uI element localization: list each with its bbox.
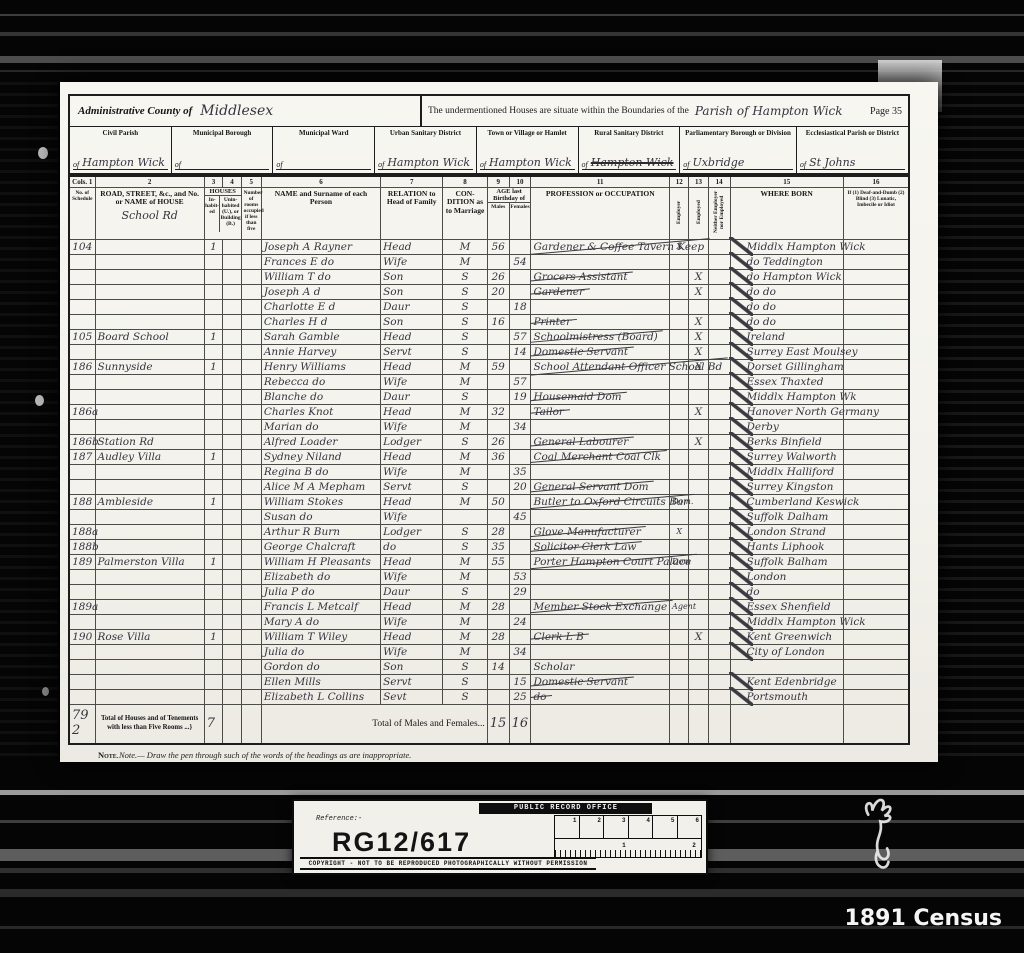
cell-inhabited — [204, 419, 222, 434]
film-streak — [0, 32, 1024, 36]
scale-box: 2 — [580, 816, 605, 838]
header-condition: CON-DITION as to Marriage — [443, 187, 488, 239]
occupation-text: Clerk L B — [533, 630, 583, 644]
district-label: Municipal Ward — [276, 129, 371, 137]
column-number: 3 — [204, 176, 222, 187]
cell-uninhabited — [223, 554, 241, 569]
pro-reference-stamp: PUBLIC RECORD OFFICE Reference:- RG12/61… — [292, 799, 708, 875]
cell-occupation — [531, 569, 670, 584]
cell-occupation: Gardener — [531, 284, 670, 299]
cell-age-female: 35 — [509, 464, 531, 479]
header-houses: HOUSES — [205, 188, 241, 196]
film-caption: 1891 Census — [845, 906, 1002, 931]
cell-condition: M — [443, 254, 488, 269]
header-employer: Employer — [670, 187, 689, 239]
district-of-label: of — [480, 160, 486, 169]
cell-infirmity — [843, 374, 909, 389]
cell-employed — [689, 479, 708, 494]
cell-relation: Wife — [381, 509, 443, 524]
cell-age-male — [487, 674, 509, 689]
cell-infirmity — [843, 539, 909, 554]
occupation-text: General Servant Dom — [533, 480, 648, 494]
cell-rooms — [241, 404, 261, 419]
cell-occupation — [531, 254, 670, 269]
occupation-text: General Labourer — [533, 435, 628, 449]
cell-schedule: 105 — [69, 329, 95, 344]
table-row: 188Ambleside1William StokesHeadM50Butler… — [69, 494, 909, 509]
cell-relation: Head — [381, 494, 443, 509]
cell-employed: X — [689, 314, 708, 329]
cell-condition: M — [443, 599, 488, 614]
column-number: 11 — [531, 176, 670, 187]
cell-condition: M — [443, 644, 488, 659]
occupation-text: Solicitor Clerk Law — [533, 540, 636, 554]
cell-relation: Head — [381, 329, 443, 344]
cell-uninhabited — [223, 434, 241, 449]
cell-employed: X — [689, 434, 708, 449]
district-of-label: of — [175, 160, 181, 169]
cell-age-male — [487, 614, 509, 629]
cell-rooms — [241, 374, 261, 389]
males-females-total-label: Total of Males and Females... — [261, 704, 487, 744]
cell-inhabited — [204, 599, 222, 614]
cell-inhabited — [204, 434, 222, 449]
cell-address: Board School — [95, 329, 204, 344]
cell-relation: Daur — [381, 299, 443, 314]
cell-rooms — [241, 344, 261, 359]
cell-schedule — [69, 509, 95, 524]
table-row: Susan doWife45Suffolk Dalham — [69, 509, 909, 524]
cell-relation: Son — [381, 659, 443, 674]
cell-employer — [670, 329, 689, 344]
column-numbers-row: Cols. 12345678910111213141516 — [69, 176, 909, 187]
boundary-statement-box: The undermentioned Houses are situate wi… — [422, 104, 908, 118]
cell-condition: S — [443, 479, 488, 494]
cell-occupation — [531, 614, 670, 629]
cell-inhabited — [204, 539, 222, 554]
cell-rooms — [241, 269, 261, 284]
empty-cell — [241, 704, 261, 744]
cell-name: Gordon do — [261, 659, 380, 674]
table-row: 105Board School1Sarah GambleHeadS57Schoo… — [69, 329, 909, 344]
cell-employer — [670, 269, 689, 284]
cell-rooms — [241, 539, 261, 554]
table-row: 188bGeorge ChalcraftdoS35Solicitor Clerk… — [69, 539, 909, 554]
cell-employer: X — [670, 524, 689, 539]
film-noise-right — [938, 82, 1024, 762]
cell-neither — [708, 494, 730, 509]
cell-name: William T Wiley — [261, 629, 380, 644]
cell-rooms — [241, 239, 261, 254]
cell-neither — [708, 434, 730, 449]
cell-address — [95, 419, 204, 434]
cell-neither — [708, 329, 730, 344]
page-number: Page 35 — [870, 106, 902, 117]
cell-age-female — [509, 449, 531, 464]
cell-schedule — [69, 689, 95, 704]
column-headers-row: No. of Schedule ROAD, STREET, &c., and N… — [69, 187, 909, 239]
cell-uninhabited — [223, 299, 241, 314]
district-header-row: Civil ParishofHampton WickMunicipal Boro… — [68, 127, 910, 175]
cell-inhabited — [204, 689, 222, 704]
cell-age-female: 57 — [509, 329, 531, 344]
empty-cell — [708, 704, 730, 744]
reference-label: Reference:- — [316, 815, 362, 823]
cell-age-male: 26 — [487, 434, 509, 449]
film-streak — [0, 56, 1024, 63]
film-noise-left — [0, 82, 58, 762]
cell-condition: S — [443, 314, 488, 329]
column-number: 15 — [730, 176, 843, 187]
district-value-line: ofHampton Wick — [582, 154, 677, 170]
cell-rooms — [241, 284, 261, 299]
table-row: Regina B doWifeM35Middlx Halliford — [69, 464, 909, 479]
cell-schedule-totals: 79 2 — [69, 704, 95, 744]
cell-occupation: do — [531, 689, 670, 704]
cell-inhabited — [204, 344, 222, 359]
cell-inhabited — [204, 404, 222, 419]
cell-relation: Servt — [381, 479, 443, 494]
cell-neither — [708, 509, 730, 524]
cell-uninhabited — [223, 494, 241, 509]
table-row: Annie HarveyServtS14Domestic ServantXSur… — [69, 344, 909, 359]
cell-rooms — [241, 569, 261, 584]
header-occupation: PROFESSION or OCCUPATION — [531, 187, 670, 239]
cell-address — [95, 464, 204, 479]
cell-schedule: 188b — [69, 539, 95, 554]
cell-employed — [689, 584, 708, 599]
cell-neither — [708, 299, 730, 314]
cell-schedule — [69, 254, 95, 269]
column-number: 6 — [261, 176, 380, 187]
cell-relation: Sevt — [381, 689, 443, 704]
occupation-text: Butler to Oxford Circuits Bar — [533, 495, 688, 509]
where-born-text: City of London — [733, 645, 825, 659]
table-row: Joseph A dSonS20GardenerXdo do — [69, 284, 909, 299]
cell-employer — [670, 284, 689, 299]
cell-rooms — [241, 389, 261, 404]
cell-name: Alice M A Mepham — [261, 479, 380, 494]
ruler-number: 2 — [692, 842, 696, 849]
form-note: Note.Note.— Draw the pen through such of… — [98, 750, 910, 760]
cell-name: Henry Williams — [261, 359, 380, 374]
cell-age-female: 24 — [509, 614, 531, 629]
cell-uninhabited — [223, 689, 241, 704]
cell-occupation: Coal Merchant Coal Clk — [531, 449, 670, 464]
cell-infirmity — [843, 464, 909, 479]
cell-address: Rose Villa — [95, 629, 204, 644]
cell-condition: S — [443, 344, 488, 359]
cell-employed: X — [689, 629, 708, 644]
cell-infirmity — [843, 599, 909, 614]
cell-infirmity — [843, 479, 909, 494]
cell-name: Charlotte E d — [261, 299, 380, 314]
cell-uninhabited — [223, 449, 241, 464]
cell-address — [95, 674, 204, 689]
cell-name: Sydney Niland — [261, 449, 380, 464]
cell-neither — [708, 419, 730, 434]
cell-neither — [708, 569, 730, 584]
cell-condition: M — [443, 494, 488, 509]
females-total: 16 — [509, 704, 531, 744]
cell-age-female — [509, 404, 531, 419]
cell-name: Elizabeth L Collins — [261, 689, 380, 704]
cell-address — [95, 539, 204, 554]
cell-where-born: Portsmouth — [730, 689, 843, 704]
cell-employer — [670, 674, 689, 689]
cell-name: Annie Harvey — [261, 344, 380, 359]
cell-condition: M — [443, 449, 488, 464]
header-employer-label: Employer — [676, 190, 682, 234]
cell-uninhabited — [223, 269, 241, 284]
cell-occupation: Clerk L B — [531, 629, 670, 644]
cell-infirmity — [843, 434, 909, 449]
cell-rooms — [241, 644, 261, 659]
cell-condition: M — [443, 569, 488, 584]
cell-rooms — [241, 479, 261, 494]
cell-neither — [708, 314, 730, 329]
cell-address — [95, 659, 204, 674]
table-row: Mary A doWifeM24Middlx Hampton Wick — [69, 614, 909, 629]
cell-uninhabited — [223, 374, 241, 389]
district-value: Hampton Wick — [82, 156, 165, 169]
cell-age-male — [487, 389, 509, 404]
cell-age-female — [509, 524, 531, 539]
cell-rooms — [241, 659, 261, 674]
cell-relation: Wife — [381, 644, 443, 659]
cell-age-female — [509, 599, 531, 614]
header-houses-group: HOUSES In-habit-ed Unin-habited (U.), or… — [204, 187, 241, 239]
cell-name: Arthur R Burn — [261, 524, 380, 539]
header-employed-label: Employed — [696, 190, 702, 234]
cell-infirmity — [843, 299, 909, 314]
scale-ruler: 12 — [554, 839, 702, 858]
census-table-body: 1041Joseph A RaynerHeadM56Gardener & Cof… — [69, 239, 909, 704]
cell-address — [95, 344, 204, 359]
column-number: 16 — [843, 176, 909, 187]
cell-employed — [689, 644, 708, 659]
cell-uninhabited — [223, 509, 241, 524]
cell-infirmity — [843, 449, 909, 464]
cell-age-male — [487, 329, 509, 344]
district-label: Town or Village or Hamlet — [480, 129, 575, 137]
table-row: Elizabeth doWifeM53London — [69, 569, 909, 584]
district-label: Rural Sanitary District — [582, 129, 677, 137]
cell-employed: X — [689, 344, 708, 359]
occupation-text: Scholar — [533, 660, 574, 674]
district-label: Municipal Borough — [175, 129, 270, 137]
cell-rooms — [241, 299, 261, 314]
cell-address — [95, 254, 204, 269]
district-value-line: of — [175, 154, 270, 170]
cell-employer — [670, 584, 689, 599]
column-number: 13 — [689, 176, 708, 187]
district-value: Hampton Wick — [591, 156, 674, 169]
cell-relation: Daur — [381, 584, 443, 599]
cell-name: Blanche do — [261, 389, 380, 404]
cell-schedule: 186a — [69, 404, 95, 419]
cell-employer — [670, 374, 689, 389]
cell-occupation: School Attendant Officer School Bd — [531, 359, 670, 374]
cell-condition: S — [443, 329, 488, 344]
district-cell: Town or Village or HamletofHampton Wick — [477, 127, 579, 173]
cell-inhabited — [204, 614, 222, 629]
cell-occupation: Glove Manufacturer — [531, 524, 670, 539]
cell-relation: Wife — [381, 464, 443, 479]
cell-rooms — [241, 449, 261, 464]
cell-employed — [689, 374, 708, 389]
column-number: 2 — [95, 176, 204, 187]
cell-employer — [670, 389, 689, 404]
cell-name: Elizabeth do — [261, 569, 380, 584]
cell-employed — [689, 389, 708, 404]
form-note-text: Note.— Draw the pen through such of the … — [119, 750, 411, 760]
header-road-label: ROAD, STREET, &c., and No. or NAME of HO… — [100, 189, 199, 207]
cell-relation: Head — [381, 599, 443, 614]
district-of-label: of — [276, 160, 282, 169]
table-row: 188aArthur R BurnLodgerS28Glove Manufact… — [69, 524, 909, 539]
cell-occupation: Butler to Oxford Circuits Bar — [531, 494, 670, 509]
cell-schedule: 186b — [69, 434, 95, 449]
cell-uninhabited — [223, 389, 241, 404]
cell-address — [95, 269, 204, 284]
cell-uninhabited — [223, 659, 241, 674]
cell-occupation: Gardener & Coffee Tavern Keep — [531, 239, 670, 254]
cell-address — [95, 404, 204, 419]
cell-age-male — [487, 689, 509, 704]
cell-relation: Lodger — [381, 434, 443, 449]
cell-age-female — [509, 239, 531, 254]
cell-age-female — [509, 284, 531, 299]
district-value-line: ofSt Johns — [800, 154, 905, 170]
column-number: 14 — [708, 176, 730, 187]
occupation-text: Domestic Servant — [533, 345, 628, 359]
cell-age-female — [509, 269, 531, 284]
cell-address — [95, 239, 204, 254]
cell-employed — [689, 554, 708, 569]
cell-rooms — [241, 494, 261, 509]
cell-condition: M — [443, 419, 488, 434]
district-value: Hampton Wick — [387, 156, 470, 169]
cell-schedule — [69, 284, 95, 299]
cell-age-male: 20 — [487, 284, 509, 299]
cell-employed: X — [689, 269, 708, 284]
cell-age-male: 28 — [487, 599, 509, 614]
cell-inhabited — [204, 479, 222, 494]
district-value-line: ofUxbridge — [683, 154, 793, 170]
cell-relation: Wife — [381, 254, 443, 269]
cell-relation: Son — [381, 284, 443, 299]
cell-relation: Head — [381, 239, 443, 254]
cell-age-female: 20 — [509, 479, 531, 494]
cell-condition: S — [443, 524, 488, 539]
cell-employed — [689, 539, 708, 554]
cell-occupation — [531, 644, 670, 659]
cell-condition: M — [443, 554, 488, 569]
cell-age-female — [509, 554, 531, 569]
column-number: 12 — [670, 176, 689, 187]
district-cell: Rural Sanitary DistrictofHampton Wick — [579, 127, 681, 173]
header-relation: RELATION to Head of Family — [381, 187, 443, 239]
cell-infirmity — [843, 254, 909, 269]
cell-name: William H Pleasants — [261, 554, 380, 569]
cell-neither — [708, 479, 730, 494]
cell-rooms — [241, 434, 261, 449]
table-row: Alice M A MephamServtS20General Servant … — [69, 479, 909, 494]
cell-employed: X — [689, 404, 708, 419]
punch-hole — [42, 687, 49, 696]
occupation-text: Glove Manufacturer — [533, 525, 640, 539]
cell-employed — [689, 689, 708, 704]
cell-age-male: 16 — [487, 314, 509, 329]
cell-age-male — [487, 569, 509, 584]
cell-schedule: 104 — [69, 239, 95, 254]
cell-address: Sunnyside — [95, 359, 204, 374]
cell-schedule — [69, 389, 95, 404]
cell-neither — [708, 599, 730, 614]
cell-infirmity — [843, 644, 909, 659]
district-cell: Municipal Wardof — [273, 127, 375, 173]
cell-employer — [670, 539, 689, 554]
table-row: William T doSonS26Grocers AssistantXdo H… — [69, 269, 909, 284]
cell-schedule — [69, 299, 95, 314]
cell-uninhabited — [223, 584, 241, 599]
cell-rooms — [241, 254, 261, 269]
cell-address — [95, 509, 204, 524]
cell-occupation: Solicitor Clerk Law — [531, 539, 670, 554]
cell-inhabited — [204, 464, 222, 479]
film-streak — [0, 70, 1024, 72]
cell-address — [95, 284, 204, 299]
cell-address: Station Rd — [95, 434, 204, 449]
header-schedule: No. of Schedule — [69, 187, 95, 239]
cell-employed: X — [689, 329, 708, 344]
table-row: Julia P doDaurS29do — [69, 584, 909, 599]
cell-age-female — [509, 314, 531, 329]
district-of-label: of — [683, 160, 689, 169]
cell-neither — [708, 674, 730, 689]
cell-age-male — [487, 509, 509, 524]
cell-condition: M — [443, 374, 488, 389]
cell-uninhabited — [223, 479, 241, 494]
cell-relation: Head — [381, 449, 443, 464]
cell-schedule: 187 — [69, 449, 95, 464]
cell-occupation: Tailor — [531, 404, 670, 419]
cell-age-male — [487, 374, 509, 389]
cell-schedule — [69, 269, 95, 284]
scale-boxes: 123456 — [554, 815, 702, 839]
schedule-total-top: 79 — [72, 709, 93, 723]
table-row: 189aFrancis L MetcalfHeadM28Member Stock… — [69, 599, 909, 614]
cell-employed — [689, 614, 708, 629]
pro-office-label: PUBLIC RECORD OFFICE — [479, 803, 652, 814]
column-number: 10 — [509, 176, 531, 187]
empty-cell — [730, 704, 843, 744]
schedule-total-bottom: 2 — [72, 724, 93, 738]
column-number: 8 — [443, 176, 488, 187]
cell-occupation — [531, 509, 670, 524]
empty-cell — [670, 704, 689, 744]
cell-employer — [670, 509, 689, 524]
reference-number: RG12/617 — [332, 827, 471, 858]
district-of-label: of — [378, 160, 384, 169]
cell-rooms — [241, 674, 261, 689]
empty-cell — [843, 704, 909, 744]
cell-address — [95, 569, 204, 584]
district-cell: Municipal Boroughof — [172, 127, 274, 173]
header-inhabited: In-habit-ed — [205, 196, 220, 232]
cell-rooms — [241, 329, 261, 344]
